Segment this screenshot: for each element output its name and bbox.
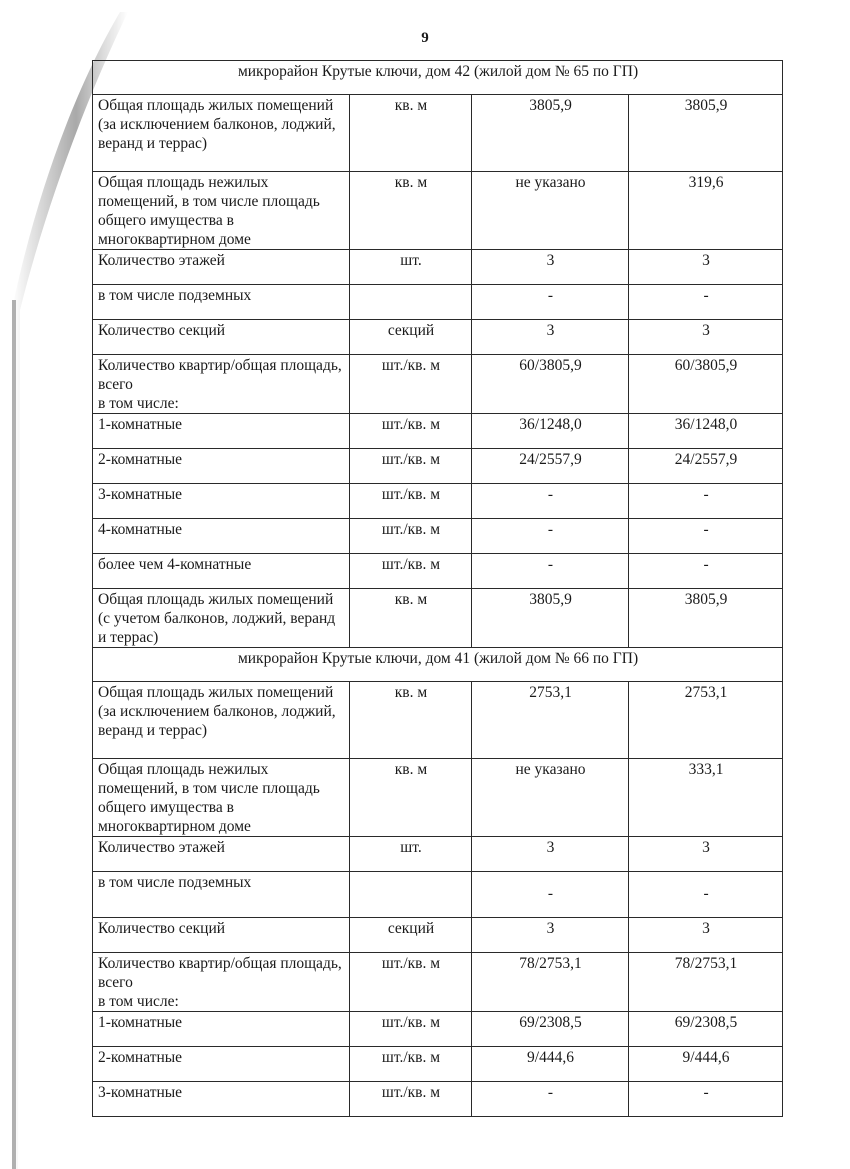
row-label: Количество этажей bbox=[93, 837, 350, 872]
table-row: Количество этажейшт.33 bbox=[93, 250, 783, 285]
row-label: более чем 4-комнатные bbox=[93, 554, 350, 589]
section-header-row: микрорайон Крутые ключи, дом 42 (жилой д… bbox=[93, 61, 783, 95]
row-label: 4-комнатные bbox=[93, 519, 350, 554]
value-project: 9/444,6 bbox=[472, 1047, 629, 1082]
row-unit: шт. bbox=[350, 250, 472, 285]
row-unit: шт./кв. м bbox=[350, 519, 472, 554]
row-label: Общая площадь жилых помещений (за исключ… bbox=[93, 95, 350, 172]
value-project: 3805,9 bbox=[472, 95, 629, 172]
housing-specs-table: микрорайон Крутые ключи, дом 42 (жилой д… bbox=[92, 60, 783, 1117]
row-unit: шт./кв. м bbox=[350, 484, 472, 519]
value-actual: - bbox=[629, 872, 783, 918]
value-actual: 319,6 bbox=[629, 172, 783, 250]
row-unit: шт. bbox=[350, 837, 472, 872]
section-header-row: микрорайон Крутые ключи, дом 41 (жилой д… bbox=[93, 648, 783, 682]
value-project: не указано bbox=[472, 172, 629, 250]
value-project: 36/1248,0 bbox=[472, 414, 629, 449]
value-project: 3805,9 bbox=[472, 589, 629, 648]
row-label: Количество этажей bbox=[93, 250, 350, 285]
row-label: в том числе подземных bbox=[93, 872, 350, 918]
value-actual: - bbox=[629, 484, 783, 519]
value-project: - bbox=[472, 872, 629, 918]
row-unit: шт./кв. м bbox=[350, 449, 472, 484]
value-project: - bbox=[472, 519, 629, 554]
value-project: не указано bbox=[472, 759, 629, 837]
table-row: Общая площадь нежилых помещений, в том ч… bbox=[93, 172, 783, 250]
row-label: Общая площадь жилых помещений (за исключ… bbox=[93, 682, 350, 759]
row-label: 2-комнатные bbox=[93, 1047, 350, 1082]
value-actual: 3 bbox=[629, 250, 783, 285]
value-actual: 3 bbox=[629, 918, 783, 953]
row-label: Общая площадь жилых помещений (с учетом … bbox=[93, 589, 350, 648]
section-title: микрорайон Крутые ключи, дом 42 (жилой д… bbox=[93, 61, 783, 95]
row-unit: кв. м bbox=[350, 759, 472, 837]
row-label: Количество квартир/общая площадь, всего … bbox=[93, 953, 350, 1012]
row-label: в том числе подземных bbox=[93, 285, 350, 320]
row-label: 1-комнатные bbox=[93, 1012, 350, 1047]
row-unit: секций bbox=[350, 320, 472, 355]
row-unit: шт./кв. м bbox=[350, 1012, 472, 1047]
row-label: Количество квартир/общая площадь, всего … bbox=[93, 355, 350, 414]
row-label: Общая площадь нежилых помещений, в том ч… bbox=[93, 172, 350, 250]
row-unit: секций bbox=[350, 918, 472, 953]
value-actual: 2753,1 bbox=[629, 682, 783, 759]
row-label: 3-комнатные bbox=[93, 1082, 350, 1117]
value-actual: - bbox=[629, 285, 783, 320]
row-unit: шт./кв. м bbox=[350, 1047, 472, 1082]
value-actual: 24/2557,9 bbox=[629, 449, 783, 484]
value-project: 60/3805,9 bbox=[472, 355, 629, 414]
value-actual: 3805,9 bbox=[629, 589, 783, 648]
value-project: - bbox=[472, 1082, 629, 1117]
table-row: 3-комнатныешт./кв. м-- bbox=[93, 1082, 783, 1117]
table-row: Общая площадь жилых помещений (за исключ… bbox=[93, 95, 783, 172]
table-row: Количество квартир/общая площадь, всего … bbox=[93, 953, 783, 1012]
row-label: 3-комнатные bbox=[93, 484, 350, 519]
table-row: более чем 4-комнатныешт./кв. м-- bbox=[93, 554, 783, 589]
table-row: 3-комнатныешт./кв. м-- bbox=[93, 484, 783, 519]
value-project: 3 bbox=[472, 320, 629, 355]
table-row: Общая площадь нежилых помещений, в том ч… bbox=[93, 759, 783, 837]
value-project: 3 bbox=[472, 250, 629, 285]
value-actual: 3 bbox=[629, 837, 783, 872]
value-project: - bbox=[472, 554, 629, 589]
table-row: 2-комнатныешт./кв. м24/2557,924/2557,9 bbox=[93, 449, 783, 484]
value-actual: 60/3805,9 bbox=[629, 355, 783, 414]
value-project: - bbox=[472, 285, 629, 320]
row-unit bbox=[350, 872, 472, 918]
value-actual: 3 bbox=[629, 320, 783, 355]
value-project: 2753,1 bbox=[472, 682, 629, 759]
value-project: 3 bbox=[472, 918, 629, 953]
row-unit: шт./кв. м bbox=[350, 414, 472, 449]
row-unit: кв. м bbox=[350, 682, 472, 759]
table-row: в том числе подземных-- bbox=[93, 872, 783, 918]
row-unit bbox=[350, 285, 472, 320]
table-row: в том числе подземных-- bbox=[93, 285, 783, 320]
value-actual: 9/444,6 bbox=[629, 1047, 783, 1082]
value-actual: 69/2308,5 bbox=[629, 1012, 783, 1047]
value-project: 78/2753,1 bbox=[472, 953, 629, 1012]
value-actual: 333,1 bbox=[629, 759, 783, 837]
table-row: 1-комнатныешт./кв. м36/1248,036/1248,0 bbox=[93, 414, 783, 449]
row-unit: кв. м bbox=[350, 172, 472, 250]
row-label: Количество секций bbox=[93, 320, 350, 355]
row-label: 1-комнатные bbox=[93, 414, 350, 449]
value-actual: 36/1248,0 bbox=[629, 414, 783, 449]
row-unit: кв. м bbox=[350, 589, 472, 648]
page-number: 9 bbox=[0, 30, 850, 47]
value-actual: - bbox=[629, 554, 783, 589]
value-actual: 3805,9 bbox=[629, 95, 783, 172]
value-project: - bbox=[472, 484, 629, 519]
table-row: Количество квартир/общая площадь, всего … bbox=[93, 355, 783, 414]
row-unit: шт./кв. м bbox=[350, 554, 472, 589]
table-row: Количество секцийсекций33 bbox=[93, 918, 783, 953]
row-label: 2-комнатные bbox=[93, 449, 350, 484]
row-unit: кв. м bbox=[350, 95, 472, 172]
table-row: Количество секцийсекций33 bbox=[93, 320, 783, 355]
table-row: 2-комнатныешт./кв. м9/444,69/444,6 bbox=[93, 1047, 783, 1082]
table-row: Общая площадь жилых помещений (за исключ… bbox=[93, 682, 783, 759]
row-label: Количество секций bbox=[93, 918, 350, 953]
table-row: Количество этажейшт.33 bbox=[93, 837, 783, 872]
value-actual: - bbox=[629, 1082, 783, 1117]
row-label: Общая площадь нежилых помещений, в том ч… bbox=[93, 759, 350, 837]
row-unit: шт./кв. м bbox=[350, 355, 472, 414]
value-actual: 78/2753,1 bbox=[629, 953, 783, 1012]
row-unit: шт./кв. м bbox=[350, 1082, 472, 1117]
value-actual: - bbox=[629, 519, 783, 554]
row-unit: шт./кв. м bbox=[350, 953, 472, 1012]
table-row: Общая площадь жилых помещений (с учетом … bbox=[93, 589, 783, 648]
table-row: 1-комнатныешт./кв. м69/2308,569/2308,5 bbox=[93, 1012, 783, 1047]
section-title: микрорайон Крутые ключи, дом 41 (жилой д… bbox=[93, 648, 783, 682]
value-project: 24/2557,9 bbox=[472, 449, 629, 484]
table-row: 4-комнатныешт./кв. м-- bbox=[93, 519, 783, 554]
value-project: 69/2308,5 bbox=[472, 1012, 629, 1047]
value-project: 3 bbox=[472, 837, 629, 872]
